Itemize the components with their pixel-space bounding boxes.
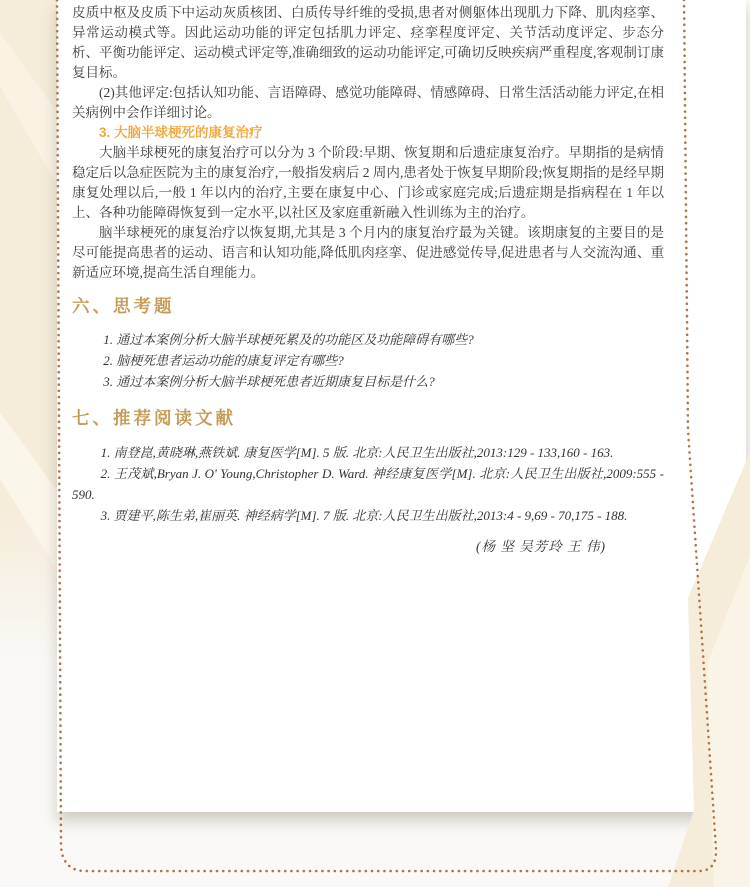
reference-item-3: 3. 贾建平,陈生弟,崔丽英. 神经病学[M]. 7 版. 北京:人民卫生出版社… bbox=[72, 505, 664, 526]
book-page: 皮质中枢及皮质下中运动灰质核团、白质传导纤维的受损,患者对侧躯体出现肌力下降、肌… bbox=[57, 0, 746, 812]
background-diagonal-band-light bbox=[0, 0, 58, 665]
scanned-book-page-screenshot: { "colors": { "subheading_orange": "#f0a… bbox=[0, 0, 750, 887]
reference-list: 1. 南登崑,黄晓琳,燕铁斌. 康复医学[M]. 5 版. 北京:人民卫生出版社… bbox=[72, 442, 664, 526]
paragraph-other-evaluations: (2)其他评定:包括认知功能、言语障碍、感觉功能障碍、情感障碍、日常生活活动能力… bbox=[72, 83, 664, 123]
paragraph-recovery-period: 脑半球梗死的康复治疗以恢复期,尤其是 3 个月内的康复治疗最为关键。该期康复的主… bbox=[72, 223, 664, 283]
paragraph-motor-function-continuation: 皮质中枢及皮质下中运动灰质核团、白质传导纤维的受损,患者对侧躯体出现肌力下降、肌… bbox=[72, 3, 664, 83]
thinking-questions-list: 1. 通过本案例分析大脑半球梗死累及的功能区及功能障碍有哪些? 2. 脑梗死患者… bbox=[72, 329, 664, 392]
page-content: 皮质中枢及皮质下中运动灰质核团、白质传导纤维的受损,患者对侧躯体出现肌力下降、肌… bbox=[72, 3, 664, 557]
paragraph-rehab-stages: 大脑半球梗死的康复治疗可以分为 3 个阶段:早期、恢复期和后遗症康复治疗。早期指… bbox=[72, 143, 664, 223]
question-item-3: 3. 通过本案例分析大脑半球梗死患者近期康复目标是什么? bbox=[72, 371, 664, 392]
background-left-beige-stripe bbox=[0, 0, 58, 665]
question-item-1: 1. 通过本案例分析大脑半球梗死累及的功能区及功能障碍有哪些? bbox=[72, 329, 664, 350]
chapter-authors-line: (杨 坚 吴芳玲 王 伟) bbox=[72, 536, 664, 557]
reference-item-2: 2. 王茂斌,Bryan J. O' Young,Christopher D. … bbox=[72, 463, 664, 505]
section-title-thinking-questions: 六、思考题 bbox=[72, 297, 664, 316]
question-item-2: 2. 脑梗死患者运动功能的康复评定有哪些? bbox=[72, 350, 664, 371]
subheading-rehab-treatment: 3. 大脑半球梗死的康复治疗 bbox=[72, 123, 664, 143]
section-title-recommended-reading: 七、推荐阅读文献 bbox=[72, 409, 664, 428]
reference-item-1: 1. 南登崑,黄晓琳,燕铁斌. 康复医学[M]. 5 版. 北京:人民卫生出版社… bbox=[72, 442, 664, 463]
